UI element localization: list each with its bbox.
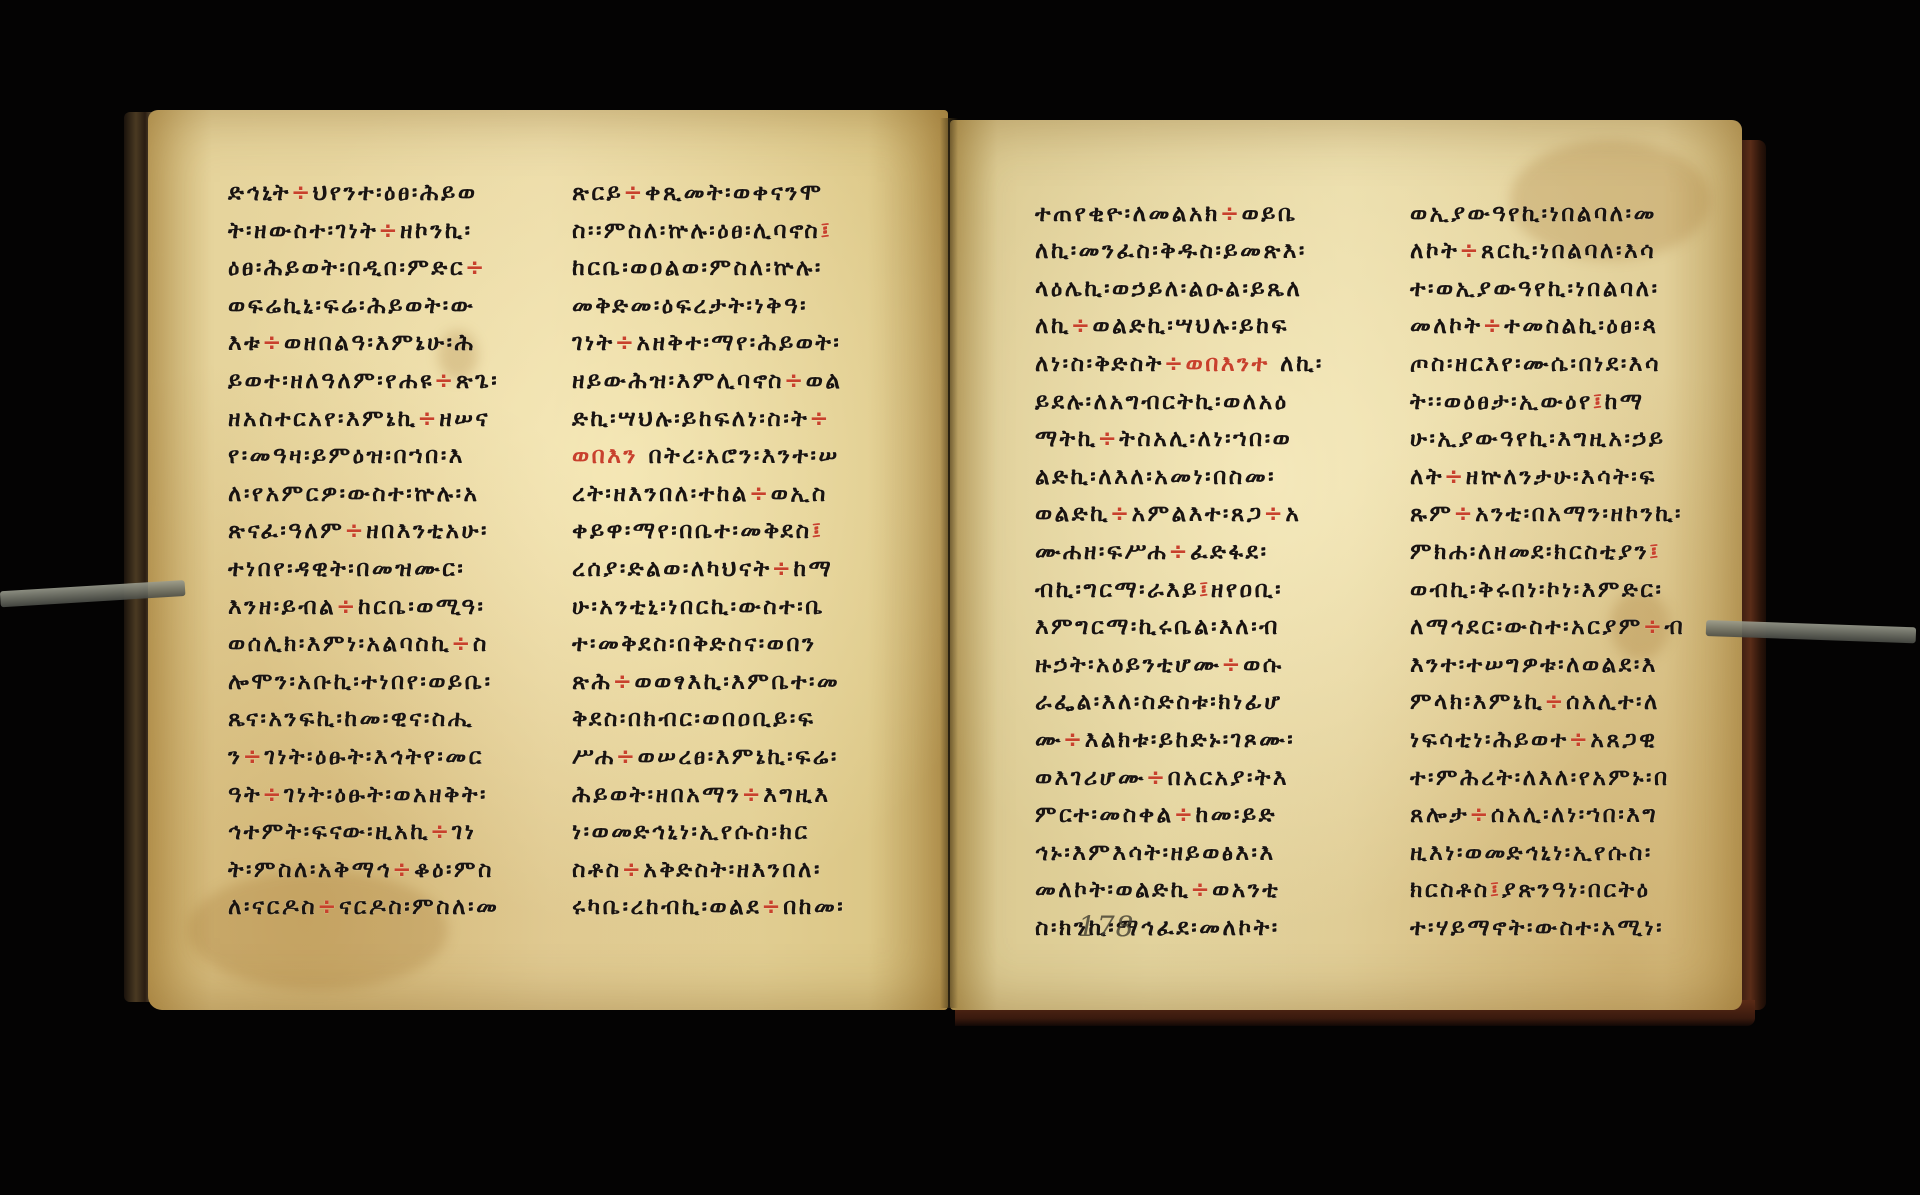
text-line: ተ፡ሃይማኖት፡ውስተ፡አሚነ፡ — [1410, 910, 1685, 948]
text-line: ጼና፡አንፍኪ፡ከመ፡ዊና፡ስሒ — [228, 701, 499, 739]
text-line: መቅድመ፡ዕፍረታት፡ነቅዓ፡ — [572, 288, 845, 326]
text-line: ወሰሊክ፡እምነ፡አልባስኪ÷ስ — [228, 626, 499, 664]
text-line: ነፍሳቲነ፡ሕይወተ÷አጸጋዊ — [1410, 722, 1685, 760]
text-line: የ፡መዓዛ፡ይምዕዝ፡በኀበ፡እ — [228, 438, 499, 476]
text-line: ድኪ፡ሣህሉ፡ይከፍለነ፡ስ፡ት÷ — [572, 401, 845, 439]
book-gutter — [940, 118, 958, 1008]
text-line: ጹም÷አንቲ፡በአማን፡ዘኮንኪ፡ — [1410, 496, 1685, 534]
text-line: ለ፡ናርዶስ÷ናርዶስ፡ምስለ፡መ — [228, 889, 499, 927]
text-line: ምክሐ፡ለዘመደ፡ክርስቲያን፤ — [1410, 534, 1685, 572]
text-line: ኅኑ፡እምእሳት፡ዘይወፅእ፡እ — [1035, 835, 1324, 873]
text-line: ሩካቤ፡ረከብኪ፡ወልደ÷በከመ፡ — [572, 889, 845, 927]
text-line: እቱ÷ወዘበልዓ፡እምኔሁ፡ሕ — [228, 325, 499, 363]
text-line: ለት÷ዘኵለንታሁ፡እሳት፡ፍ — [1410, 459, 1685, 497]
text-line: ስቶስ÷አቅድስት፡ዘእንበለ፡ — [572, 852, 845, 890]
text-line: መለኮት÷ተመስልኪ፡ዕፀ፡ጳ — [1410, 308, 1685, 346]
text-line: ለማኅደር፡ውስተ፡አርያም÷ብ — [1410, 609, 1685, 647]
text-line: ምርተ፡መስቀል÷ከመ፡ይድ — [1035, 797, 1324, 835]
text-line — [572, 927, 845, 965]
text-line: ይወተ፡ዘለዓለም፡የሐዩ÷ጽጌ፡ — [228, 363, 499, 401]
text-line: ሎሞን፡አቡኪ፡ተነበየ፡ወይቤ፡ — [228, 664, 499, 702]
text-line: እምግርማ፡ኪሩቤል፡እለ፡ብ — [1035, 609, 1324, 647]
text-line: ቅደስ፡በክብር፡ወበዐቢይ፡ፍ — [572, 701, 845, 739]
text-line: ለኪ፡መንፈስ፡ቅዱስ፡ይመጽእ፡ — [1035, 233, 1324, 271]
text-line: ስ፡፡ምስለ፡ኵሉ፡ዕፀ፡ሊባኖስ፤ — [572, 213, 845, 251]
text-line: ሁ፡ኢያውዓየኪ፡እግዚአ፡ኃይ — [1410, 421, 1685, 459]
text-line: መለኮት፡ወልድኪ÷ወአንቲ — [1035, 872, 1324, 910]
text-line: ነ፡ወመድኅኒነ፡ኢየሱስ፡ክር — [572, 814, 845, 852]
right-cover-edge — [1740, 140, 1766, 1010]
text-line: ብኪ፡ግርማ፡ራእይ፤ዘየዐቢ፡ — [1035, 572, 1324, 610]
text-line: ት፡ዘውስተ፡ገነት÷ዘኮንኪ፡ — [228, 213, 499, 251]
text-line: ለኮት÷ጸርኪ፡ነበልባለ፡እሳ — [1410, 233, 1685, 271]
text-line: ት፡ምስለ፡አቅማኅ÷ቆዕ፡ምስ — [228, 852, 499, 890]
text-line: ይደሉ፡ለአግብርትኪ፡ወለአዕ — [1035, 384, 1324, 422]
text-line: ራፌል፡እለ፡ስድስቱ፡ክነፊሆ — [1035, 684, 1324, 722]
text-line: ተ፡ምሕረት፡ለእለ፡የአምኑ፡በ — [1410, 760, 1685, 798]
right-page-column-2: ወኢያውዓየኪ፡ነበልባለ፡መለኮት÷ጸርኪ፡ነበልባለ፡እሳተ፡ወኢያውዓየኪ… — [1410, 158, 1685, 947]
text-line: ሁ፡አንቲኒ፡ነበርኪ፡ውስተ፡ቤ — [572, 589, 845, 627]
text-line: ዙኃት፡አዕይንቲሆሙ÷ወሱ — [1035, 647, 1324, 685]
text-line: ለ፡የአምርዎ፡ውስተ፡ኵሉ፡አ — [228, 476, 499, 514]
text-line: ን÷ገነት፡ዕፁት፡እኅትየ፡መር — [228, 739, 499, 777]
folio-number: 178 — [1078, 910, 1134, 943]
text-line: ዚእነ፡ወመድኅኒነ፡ኢየሱስ፡ — [1410, 835, 1685, 873]
text-line: ዓት÷ገነት፡ዕፁት፡ወአዘቅት፡ — [228, 777, 499, 815]
text-line: ጦስ፡ዘርእየ፡ሙሴ፡በነደ፡እሳ — [1410, 346, 1685, 384]
text-line: ተጠየቂዮ፡ለመልአክ÷ወይቤ — [1035, 196, 1324, 234]
text-line: ከርቤ፡ወዐልወ፡ምስለ፡ኵሉ፡ — [572, 250, 845, 288]
text-line: ሙሐዘ፡ፍሥሐ÷ፈድፋደ፡ — [1035, 534, 1324, 572]
text-line: ወፍሬኪኒ፡ፍሬ፡ሕይወት፡ው — [228, 288, 499, 326]
text-line: ተነበየ፡ዳዊት፡በመዝሙር፡ — [228, 551, 499, 589]
text-line: ረት፡ዘእንበለ፡ተከል÷ወኢስ — [572, 476, 845, 514]
text-line: ጽናፈ፡ዓለም÷ዘበእንቲአሁ፡ — [228, 513, 499, 551]
text-line: ለነ፡ስ፡ቅድስት÷ወበእንተ ለኪ፡ — [1035, 346, 1324, 384]
text-line: ረሰያ፡ድልወ፡ለካህናት÷ከማ — [572, 551, 845, 589]
text-line: ወኢያውዓየኪ፡ነበልባለ፡መ — [1410, 196, 1685, 234]
left-page-column-2: ጽርይ÷ቀጺመት፡ወቀናንሞስ፡፡ምስለ፡ኵሉ፡ዕፀ፡ሊባኖስ፤ከርቤ፡ወዐልወ… — [572, 175, 845, 964]
text-line: ጽሕ÷ወወፃእኪ፡እምቤተ፡መ — [572, 664, 845, 702]
text-line — [228, 927, 499, 965]
text-line: ወበእን በትረ፡አሮን፡እንተ፡ሠ — [572, 438, 845, 476]
text-line — [1410, 158, 1685, 196]
manuscript-photo: ድኅኒት÷ህየንተ፡ዕፀ፡ሕይወት፡ዘውስተ፡ገነት÷ዘኮንኪ፡ዕፀ፡ሕይወት፡… — [0, 0, 1920, 1195]
text-line: ማትኪ÷ትስአሊ፡ለነ፡ኀበ፡ወ — [1035, 421, 1324, 459]
text-line: ት፡፡ወዕፀታ፡ኢውዕየ፤ከማ — [1410, 384, 1685, 422]
left-page-column-1: ድኅኒት÷ህየንተ፡ዕፀ፡ሕይወት፡ዘውስተ፡ገነት÷ዘኮንኪ፡ዕፀ፡ሕይወት፡… — [228, 175, 499, 964]
text-line: ጸሎታ÷ሰአሊ፡ለነ፡ኀበ፡እግ — [1410, 797, 1685, 835]
text-line: ወእገሪሆሙ÷በአርአያ፡ትእ — [1035, 760, 1324, 798]
text-line — [1035, 158, 1324, 196]
text-line: ምላክ፡እምኔኪ÷ሰአሊተ፡ለ — [1410, 684, 1685, 722]
text-line: ቀይዋ፡ማየ፡በቤተ፡መቅደስ፤ — [572, 513, 845, 551]
text-line: ሥሐ÷ወሠረፀ፡እምኔኪ፡ፍሬ፡ — [572, 739, 845, 777]
text-line: እንተ፡ተሠግዎቱ፡ለወልደ፡እ — [1410, 647, 1685, 685]
text-line: ለኪ÷ወልድኪ፡ሣህሉ፡ይከፍ — [1035, 308, 1324, 346]
text-line: ላዕሌኪ፡ወኃይለ፡ልዑል፡ይጼለ — [1035, 271, 1324, 309]
text-line: ሙ÷እልክቱ፡ይከድኑ፡ገጾሙ፡ — [1035, 722, 1324, 760]
text-line: ተ፡መቅደስ፡በቅድስና፡ወበን — [572, 626, 845, 664]
text-line: ዕፀ፡ሕይወት፡በዲበ፡ምድር÷ — [228, 250, 499, 288]
text-line: ልድኪ፡ለእለ፡አመነ፡በስመ፡ — [1035, 459, 1324, 497]
text-line: ተ፡ወኢያውዓየኪ፡ነበልባለ፡ — [1410, 271, 1685, 309]
text-line: ክርስቶስ፤ያጽንዓነ፡በርትዕ — [1410, 872, 1685, 910]
text-line: ዘአስተርአየ፡እምኔኪ÷ዘሠና — [228, 401, 499, 439]
text-line: ኅተምት፡ፍናው፡ዚአኪ÷ገነ — [228, 814, 499, 852]
right-page-column-1: ተጠየቂዮ፡ለመልአክ÷ወይቤለኪ፡መንፈስ፡ቅዱስ፡ይመጽእ፡ላዕሌኪ፡ወኃይ… — [1035, 158, 1324, 947]
text-line: ዘይውሕዝ፡እምሊባኖስ÷ወል — [572, 363, 845, 401]
text-line: ወብኪ፡ቅሩበነ፡ኮነ፡እምድር፡ — [1410, 572, 1685, 610]
text-line: እንዘ፡ይብል÷ከርቤ፡ወሚዓ፡ — [228, 589, 499, 627]
text-line: ገነት÷አዘቅተ፡ማየ፡ሕይወት፡ — [572, 325, 845, 363]
text-line: ጽርይ÷ቀጺመት፡ወቀናንሞ — [572, 175, 845, 213]
text-line: ድኅኒት÷ህየንተ፡ዕፀ፡ሕይወ — [228, 175, 499, 213]
text-line: ሕይወት፡ዘበአማን÷እግዚእ — [572, 777, 845, 815]
text-line: ወልድኪ÷አምልእተ፡ጸጋ÷አ — [1035, 496, 1324, 534]
